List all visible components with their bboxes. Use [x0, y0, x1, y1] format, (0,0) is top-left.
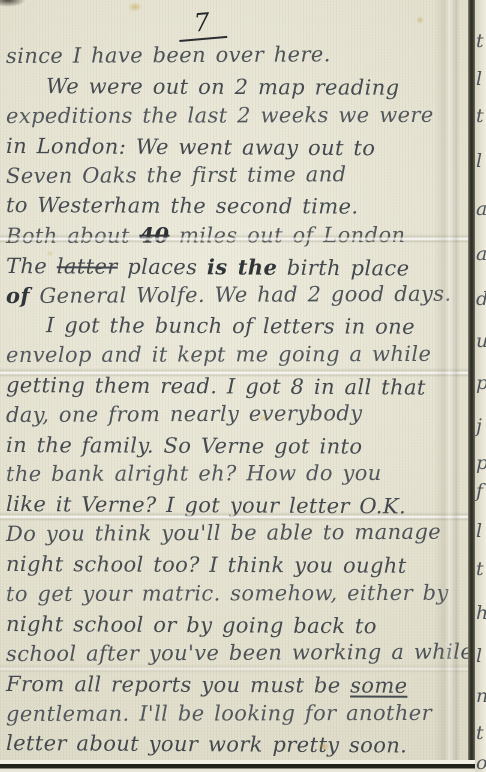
adjacent-writing-fragment: a	[476, 198, 486, 220]
letter-text: of	[6, 283, 30, 308]
letter-line: We were out on 2 map reading	[6, 72, 468, 104]
letter-line: the bank alright eh? How do you	[6, 459, 468, 490]
adjacent-writing-fragment: t	[476, 722, 484, 744]
adjacent-writing-fragment: l	[476, 150, 482, 172]
letter-text: some	[350, 673, 407, 697]
letter-line: gentleman. I'll be looking for another	[6, 698, 468, 729]
letter-line: letter about your work pretty soon.	[6, 729, 468, 762]
corner-shadow	[0, 0, 26, 7]
adjacent-writing-fragment: d	[476, 288, 486, 310]
letter-text: Do you think you'll be able to manage	[6, 520, 441, 546]
letter-text: in London: We went away out to	[6, 134, 375, 160]
letter-text: From all reports you must be	[6, 672, 350, 698]
letter-text: letter about your work pretty soon.	[6, 731, 407, 757]
paper-stain	[128, 2, 142, 12]
adjacent-writing-fragment: t	[476, 105, 484, 127]
letter-line: of General Wolfe. We had 2 good days.	[6, 279, 468, 311]
letter-text: to get your matric. somehow, either by	[6, 581, 449, 606]
letter-scan: 7 since I have been over here.We were ou…	[0, 0, 486, 772]
letter-line: to Westerham the second time.	[6, 191, 468, 223]
adjacent-writing-fragment: o	[476, 752, 486, 772]
letter-text: school after you've been working a while	[6, 639, 473, 665]
letter-text: expeditions the last 2 weeks we were	[6, 103, 434, 128]
adjacent-writing-fragment: l	[476, 68, 482, 90]
adjacent-writing-fragment: h	[476, 602, 486, 624]
letter-text: birth place	[277, 256, 409, 281]
letter-line: to get your matric. somehow, either by	[6, 579, 468, 610]
letter-text: We were out on 2 map reading	[46, 74, 400, 100]
letter-line: day, one from nearly everybody	[6, 398, 468, 430]
letter-text: the bank alright eh? How do you	[6, 461, 382, 486]
adjacent-writing-fragment: f	[476, 480, 483, 502]
letter-text: Seven Oaks the first time and	[6, 162, 347, 188]
page-number: 7	[177, 6, 228, 42]
adjacent-writing-fragment: j	[476, 415, 482, 437]
letter-text: since I have been over here.	[6, 42, 331, 68]
adjacent-writing-fragment: p	[476, 452, 486, 474]
letter-text: night school or by going back to	[6, 612, 377, 638]
letter-line: From all reports you must be some	[6, 670, 468, 702]
letter-line: Seven Oaks the first time and	[6, 159, 468, 191]
letter-text: latter	[57, 255, 118, 279]
letter-line: Both about 40 miles out of London	[6, 220, 468, 251]
letter-lines: since I have been over here.We were out …	[6, 42, 468, 759]
letter-line: I got the bunch of letters in one	[6, 311, 468, 343]
letter-text: gentleman. I'll be looking for another	[6, 700, 432, 725]
letter-line: since I have been over here.	[6, 40, 468, 72]
letter-text: 40	[139, 223, 169, 248]
adjacent-writing-fragment: l	[476, 645, 482, 667]
letter-text: General Wolfe. We had 2 good days.	[30, 282, 452, 308]
letter-text: in the family. So Verne got into	[6, 433, 363, 459]
page-edge-gap	[468, 0, 475, 772]
letter-line: school after you've been working a while	[6, 637, 468, 669]
adjacent-writing-fragment: l	[476, 520, 482, 542]
letter-text: getting them read. I got 8 in all that	[6, 373, 426, 400]
adjacent-writing-fragment: p	[476, 372, 486, 394]
paper-stain	[416, 16, 424, 24]
letter-line: night school too? I think you ought	[6, 550, 468, 582]
adjacent-writing-fragment: t	[476, 558, 484, 580]
letter-text: to Westerham the second time.	[6, 193, 359, 219]
letter-text: The	[6, 254, 57, 278]
adjacent-writing-fragment: t	[476, 30, 484, 52]
letter-text: I got the bunch of letters in one	[46, 313, 415, 339]
bottom-page-edge	[0, 760, 475, 772]
letter-text: day, one from nearly everybody	[6, 401, 363, 427]
letter-text: envelop and it kept me going a while	[6, 342, 431, 367]
letter-text: Both about	[6, 224, 139, 248]
letter-text: is the	[207, 254, 277, 279]
letter-text: like it Verne? I got your letter O.K.	[6, 492, 406, 518]
letter-line: expeditions the last 2 weeks we were	[6, 101, 468, 132]
adjacent-writing-fragment: a	[476, 243, 486, 265]
letter-line: in the family. So Verne got into	[6, 431, 468, 463]
letter-line: envelop and it kept me going a while	[6, 340, 468, 371]
letter-text: night school too? I think you ought	[6, 552, 407, 578]
letter-text: places	[118, 255, 207, 280]
letter-line: Do you think you'll be able to manage	[6, 518, 468, 550]
letter-text: miles out of London	[169, 223, 405, 248]
adjacent-writing-fragment: n	[476, 685, 486, 707]
adjacent-writing-fragment: u	[476, 330, 486, 352]
adjacent-page-edge: tltlaadupjpflthlnto	[475, 0, 486, 772]
